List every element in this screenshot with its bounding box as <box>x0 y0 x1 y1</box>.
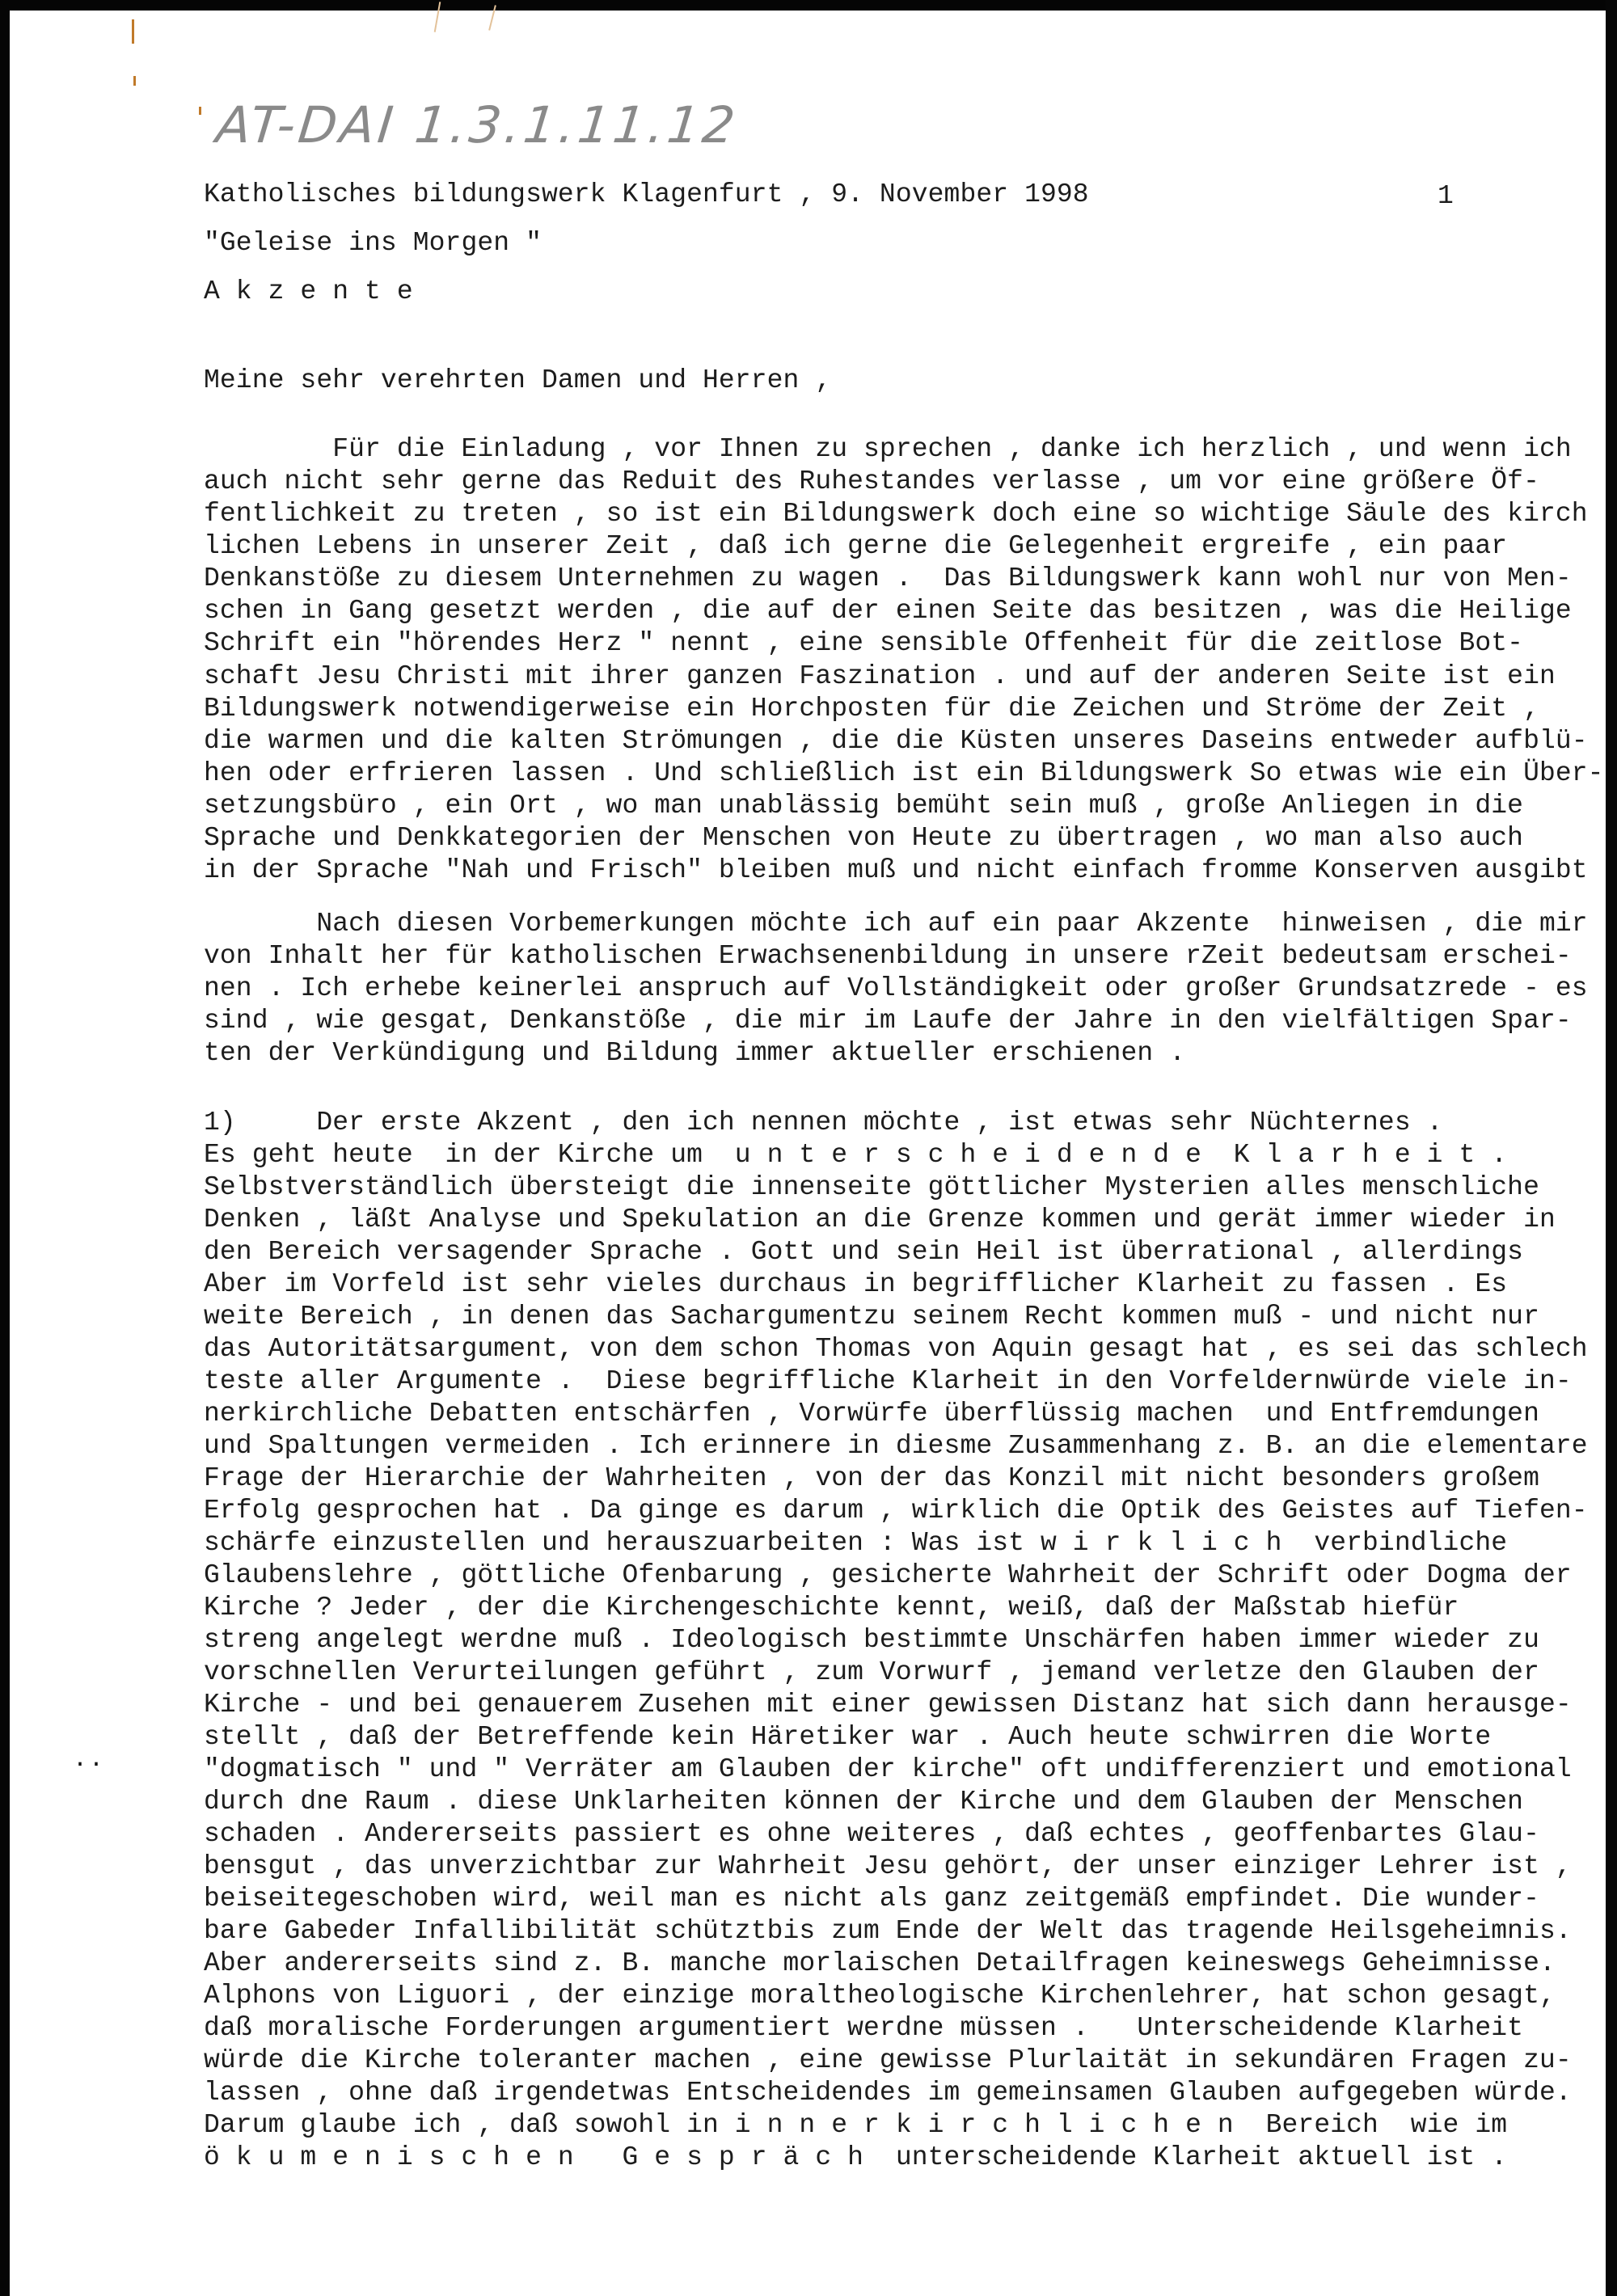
text-line: streng angelegt werdne muß . Ideologisch… <box>204 1625 1539 1656</box>
margin-mark: .. <box>73 1756 105 1764</box>
text-line: ö k u m e n i s c h e n G e s p r ä c h … <box>204 2142 1507 2173</box>
text-line: nen . Ich erhebe keinerlei anspruch auf … <box>204 973 1588 1004</box>
header-line-institution-date: Katholisches bildungswerk Klagenfurt , 9… <box>204 179 1089 210</box>
text-line: daß moralische Forderungen argumentiert … <box>204 2013 1523 2044</box>
text-line: Denkanstöße zu diesem Unternehmen zu wag… <box>204 563 1572 594</box>
text-line: Schrift ein "hörendes Herz " nennt , ein… <box>204 628 1523 659</box>
text-line: Nach diesen Vorbemerkungen möchte ich au… <box>204 909 1588 939</box>
text-line: Denken , läßt Analyse und Spekulation an… <box>204 1205 1556 1235</box>
text-line: fentlichkeit zu treten , so ist ein Bild… <box>204 499 1588 530</box>
text-line: und Spaltungen vermeiden . Ich erinnere … <box>204 1431 1588 1462</box>
pen-mark <box>132 19 134 44</box>
text-line: bare Gabeder Infallibilität schütztbis z… <box>204 1916 1572 1947</box>
text-line: Selbstverständlich übersteigt die innens… <box>204 1172 1539 1203</box>
text-line: bensgut , das unverzichtbar zur Wahrheit… <box>204 1851 1572 1882</box>
text-line: in der Sprache "Nah und Frisch" bleiben … <box>204 855 1588 886</box>
text-line: hen oder erfrieren lassen . Und schließl… <box>204 758 1604 789</box>
text-line: durch dne Raum . diese Unklarheiten könn… <box>204 1787 1523 1817</box>
text-line: nerkirchliche Debatten entschärfen , Vor… <box>204 1399 1539 1429</box>
header-line-title: "Geleise ins Morgen " <box>204 228 542 259</box>
text-line: die warmen und die kalten Strömungen , d… <box>204 726 1588 757</box>
text-line: Kirche - und bei genauerem Zusehen mit e… <box>204 1690 1572 1720</box>
header-line-subtitle: A k z e n t e <box>204 276 413 307</box>
text-line: schaden . Andererseits passiert es ohne … <box>204 1819 1539 1850</box>
text-line: "dogmatisch " und " Verräter am Glauben … <box>204 1754 1572 1785</box>
text-line: Darum glaube ich , daß sowohl in i n n e… <box>204 2110 1507 2141</box>
text-line: Aber im Vorfeld ist sehr vieles durchaus… <box>204 1269 1507 1300</box>
text-line: Kirche ? Jeder , der die Kirchengeschich… <box>204 1593 1459 1623</box>
pen-mark <box>199 107 201 115</box>
scan-border-right <box>1606 0 1617 2296</box>
page-number: 1 <box>1438 181 1454 212</box>
text-line: schärfe einzustellen und herauszuarbeite… <box>204 1528 1507 1559</box>
text-line: Aber andererseits sind z. B. manche morl… <box>204 1948 1556 1979</box>
text-line: vorschnellen Verurteilungen geführt , zu… <box>204 1657 1539 1688</box>
text-line: setzungsbüro , ein Ort , wo man unabläss… <box>204 791 1523 821</box>
text-line: 1) Der erste Akzent , den ich nennen möc… <box>204 1108 1443 1138</box>
text-line: lichen Lebens in unserer Zeit , daß ich … <box>204 531 1507 562</box>
scan-border-top <box>0 0 1617 11</box>
text-line: Bildungswerk notwendigerweise ein Horchp… <box>204 694 1539 724</box>
text-line: schaft Jesu Christi mit ihrer ganzen Fas… <box>204 661 1556 692</box>
text-line: lassen , ohne daß irgendetwas Entscheide… <box>204 2078 1572 2108</box>
text-line: Alphons von Liguori , der einzige moralt… <box>204 1981 1556 2011</box>
text-line: auch nicht sehr gerne das Reduit des Ruh… <box>204 466 1539 497</box>
text-line: ten der Verkündigung und Bildung immer a… <box>204 1038 1185 1069</box>
salutation: Meine sehr verehrten Damen und Herren , <box>204 365 831 396</box>
document-page: AT-DAI 1.3.1.11.12 Katholisches bildungs… <box>0 0 1617 2296</box>
text-line: würde die Kirche toleranter machen , ein… <box>204 2045 1572 2076</box>
text-line: Für die Einladung , vor Ihnen zu spreche… <box>204 434 1572 465</box>
text-line: beiseitegeschoben wird, weil man es nich… <box>204 1884 1539 1914</box>
text-line: Erfolg gesprochen hat . Da ginge es daru… <box>204 1496 1588 1526</box>
text-line: Frage der Hierarchie der Wahrheiten , vo… <box>204 1463 1539 1494</box>
text-line: Sprache und Denkkategorien der Menschen … <box>204 823 1523 854</box>
text-line: Glaubenslehre , göttliche Ofenbarung , g… <box>204 1560 1572 1591</box>
text-line: sind , wie gesgat, Denkanstöße , die mir… <box>204 1006 1572 1036</box>
text-line: von Inhalt her für katholischen Erwachse… <box>204 941 1572 972</box>
text-line: schen in Gang gesetzt werden , die auf d… <box>204 596 1572 627</box>
pen-mark <box>133 76 136 86</box>
text-line: den Bereich versagender Sprache . Gott u… <box>204 1237 1523 1268</box>
text-line: teste aller Argumente . Diese begrifflic… <box>204 1366 1572 1397</box>
scan-border-left <box>0 0 10 2296</box>
text-line: weite Bereich , in denen das Sachargumen… <box>204 1302 1539 1332</box>
text-line: stellt , daß der Betreffende kein Häreti… <box>204 1722 1491 1753</box>
text-line: Es geht heute in der Kirche um u n t e r… <box>204 1140 1507 1171</box>
text-line: das Autoritätsargument, von dem schon Th… <box>204 1334 1588 1365</box>
archive-reference: AT-DAI 1.3.1.11.12 <box>213 95 741 154</box>
